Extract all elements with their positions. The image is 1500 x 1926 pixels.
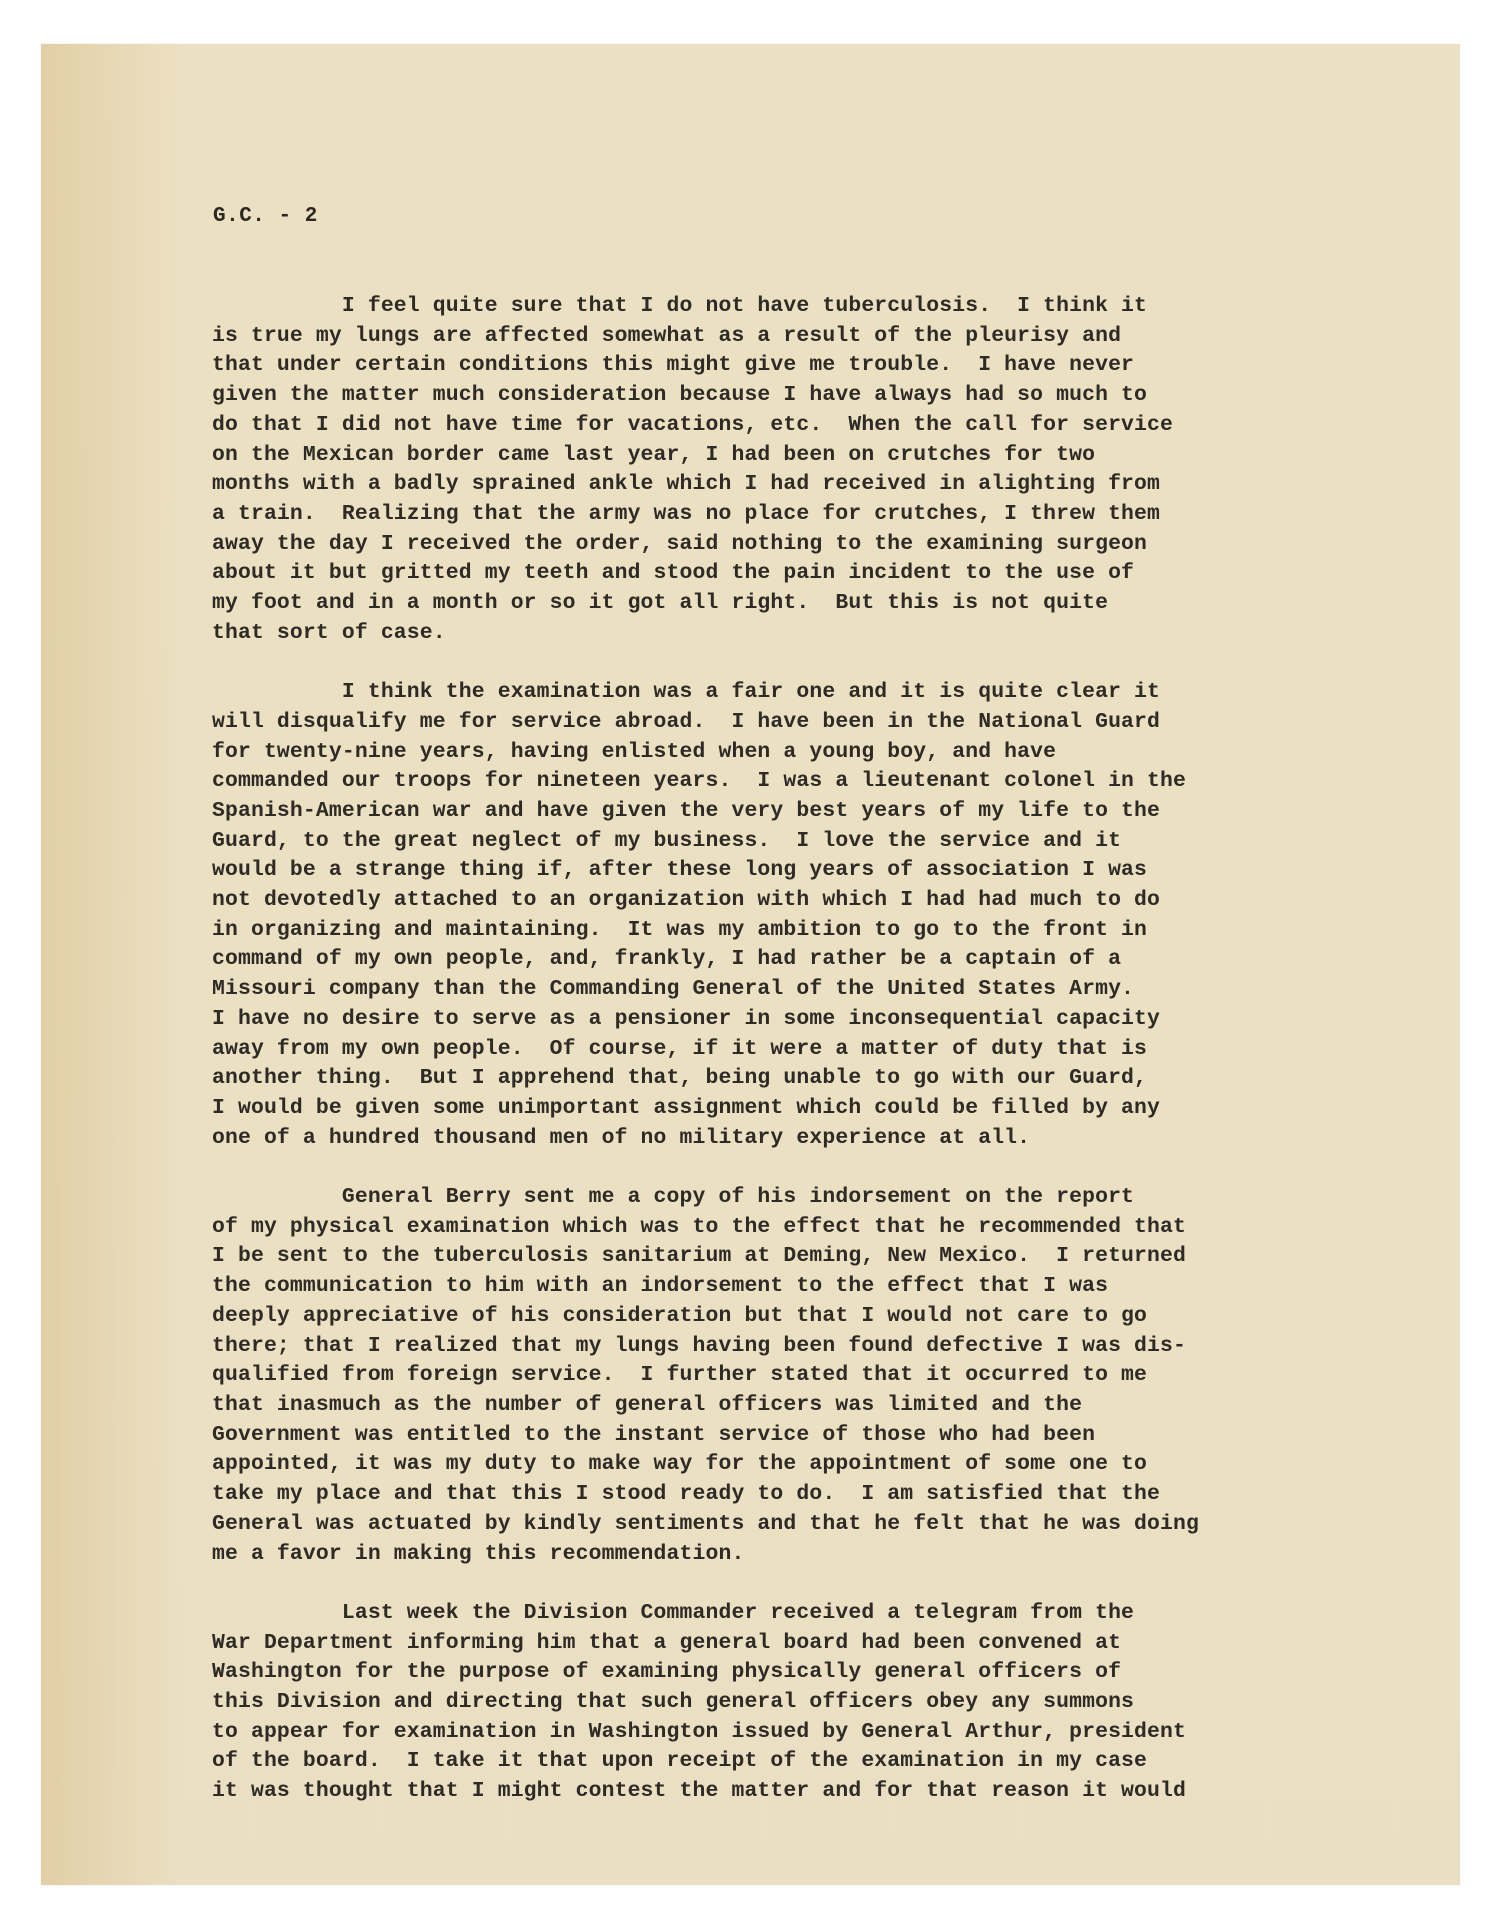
text-line: take my place and that this I stood read…: [212, 1480, 1332, 1510]
text-line: I be sent to the tuberculosis sanitarium…: [212, 1242, 1332, 1272]
text-line: away the day I received the order, said …: [212, 530, 1332, 560]
text-line: months with a badly sprained ankle which…: [212, 470, 1332, 500]
text-line: me a favor in making this recommendation…: [212, 1540, 1332, 1570]
text-line: away from my own people. Of course, if i…: [212, 1035, 1332, 1065]
text-line: that inasmuch as the number of general o…: [212, 1391, 1332, 1421]
text-line: there; that I realized that my lungs hav…: [212, 1332, 1332, 1362]
text-line: on the Mexican border came last year, I …: [212, 441, 1332, 471]
text-line: Guard, to the great neglect of my busine…: [212, 827, 1332, 857]
text-line: given the matter much consideration beca…: [212, 381, 1332, 411]
text-line: General was actuated by kindly sentiment…: [212, 1510, 1332, 1540]
text-line: the communication to him with an indorse…: [212, 1272, 1332, 1302]
text-line: of my physical examination which was to …: [212, 1213, 1332, 1243]
text-line: for twenty-nine years, having enlisted w…: [212, 738, 1332, 768]
text-line: I think the examination was a fair one a…: [212, 678, 1332, 708]
text-line: my foot and in a month or so it got all …: [212, 589, 1332, 619]
text-line: I would be given some unimportant assign…: [212, 1094, 1332, 1124]
text-line: will disqualify me for service abroad. I…: [212, 708, 1332, 738]
text-line: one of a hundred thousand men of no mili…: [212, 1124, 1332, 1154]
text-line: qualified from foreign service. I furthe…: [212, 1361, 1332, 1391]
paragraph-tuberculosis: I feel quite sure that I do not have tub…: [212, 292, 1332, 648]
text-line: that sort of case.: [212, 619, 1332, 649]
text-line: Washington for the purpose of examining …: [212, 1658, 1332, 1688]
text-line: not devotedly attached to an organizatio…: [212, 886, 1332, 916]
text-line: do that I did not have time for vacation…: [212, 411, 1332, 441]
text-line: to appear for examination in Washington …: [212, 1718, 1332, 1748]
text-line: Last week the Division Commander receive…: [212, 1599, 1332, 1629]
text-line: commanded our troops for nineteen years.…: [212, 767, 1332, 797]
text-line: would be a strange thing if, after these…: [212, 856, 1332, 886]
text-line: Government was entitled to the instant s…: [212, 1421, 1332, 1451]
paragraph-general-berry: General Berry sent me a copy of his indo…: [212, 1183, 1332, 1569]
text-line: in organizing and maintaining. It was my…: [212, 916, 1332, 946]
text-line: Spanish-American war and have given the …: [212, 797, 1332, 827]
text-line: deeply appreciative of his consideration…: [212, 1302, 1332, 1332]
text-line: another thing. But I apprehend that, bei…: [212, 1064, 1332, 1094]
text-line: about it but gritted my teeth and stood …: [212, 559, 1332, 589]
text-line: I feel quite sure that I do not have tub…: [212, 292, 1332, 322]
text-line: command of my own people, and, frankly, …: [212, 945, 1332, 975]
text-line: War Department informing him that a gene…: [212, 1629, 1332, 1659]
text-line: of the board. I take it that upon receip…: [212, 1747, 1332, 1777]
text-line: a train. Realizing that the army was no …: [212, 500, 1332, 530]
paragraph-division-commander: Last week the Division Commander receive…: [212, 1599, 1332, 1807]
text-line: this Division and directing that such ge…: [212, 1688, 1332, 1718]
text-line: that under certain conditions this might…: [212, 351, 1332, 381]
text-line: Missouri company than the Commanding Gen…: [212, 975, 1332, 1005]
text-line: appointed, it was my duty to make way fo…: [212, 1450, 1332, 1480]
paragraph-examination: I think the examination was a fair one a…: [212, 678, 1332, 1153]
text-line: General Berry sent me a copy of his indo…: [212, 1183, 1332, 1213]
letter-body: I feel quite sure that I do not have tub…: [212, 292, 1332, 1837]
text-line: it was thought that I might contest the …: [212, 1777, 1332, 1807]
text-line: is true my lungs are affected somewhat a…: [212, 322, 1332, 352]
page-identifier: G.C. - 2: [213, 205, 318, 228]
text-line: I have no desire to serve as a pensioner…: [212, 1005, 1332, 1035]
